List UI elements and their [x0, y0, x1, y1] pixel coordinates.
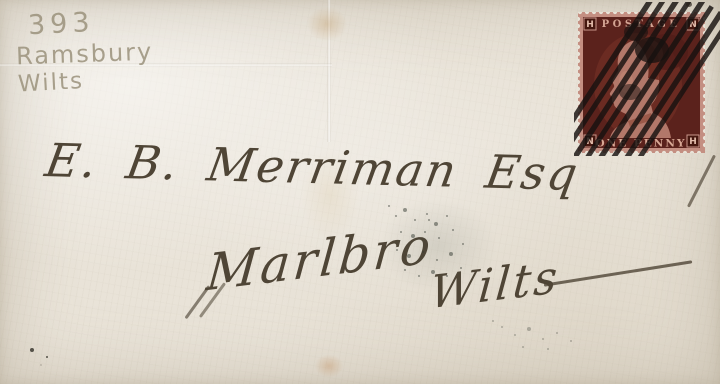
postage-label: POSTAGE	[602, 19, 681, 30]
ink-smudge-halo	[378, 198, 498, 294]
ink-fleck-top-right	[686, 2, 692, 7]
penny-red-stamp: POSTAGE ONE PENNY H N N H	[578, 12, 705, 153]
paper-stain-bottom	[314, 354, 344, 378]
pencil-note-place: Ramsbury	[16, 38, 154, 69]
pencil-note-county: Wilts	[17, 66, 153, 98]
one-penny-label: ONE PENNY	[596, 138, 687, 150]
ink-speckles-center	[388, 205, 390, 207]
corner-letter-bottom-left: N	[586, 137, 594, 147]
pencil-note-number: 393	[27, 5, 154, 41]
corner-letter-top-left: H	[586, 20, 594, 30]
ink-speckles-bottom-left	[30, 348, 34, 352]
corner-letter-bottom-right: H	[689, 137, 697, 147]
ink-speckles-below-wilts	[492, 320, 494, 322]
stamp-artwork: POSTAGE ONE PENNY H N N H	[578, 12, 705, 153]
paper-stain-top	[306, 6, 348, 42]
pencil-note: 393 Ramsbury Wilts	[16, 8, 153, 94]
corner-letter-top-right: N	[689, 20, 697, 30]
